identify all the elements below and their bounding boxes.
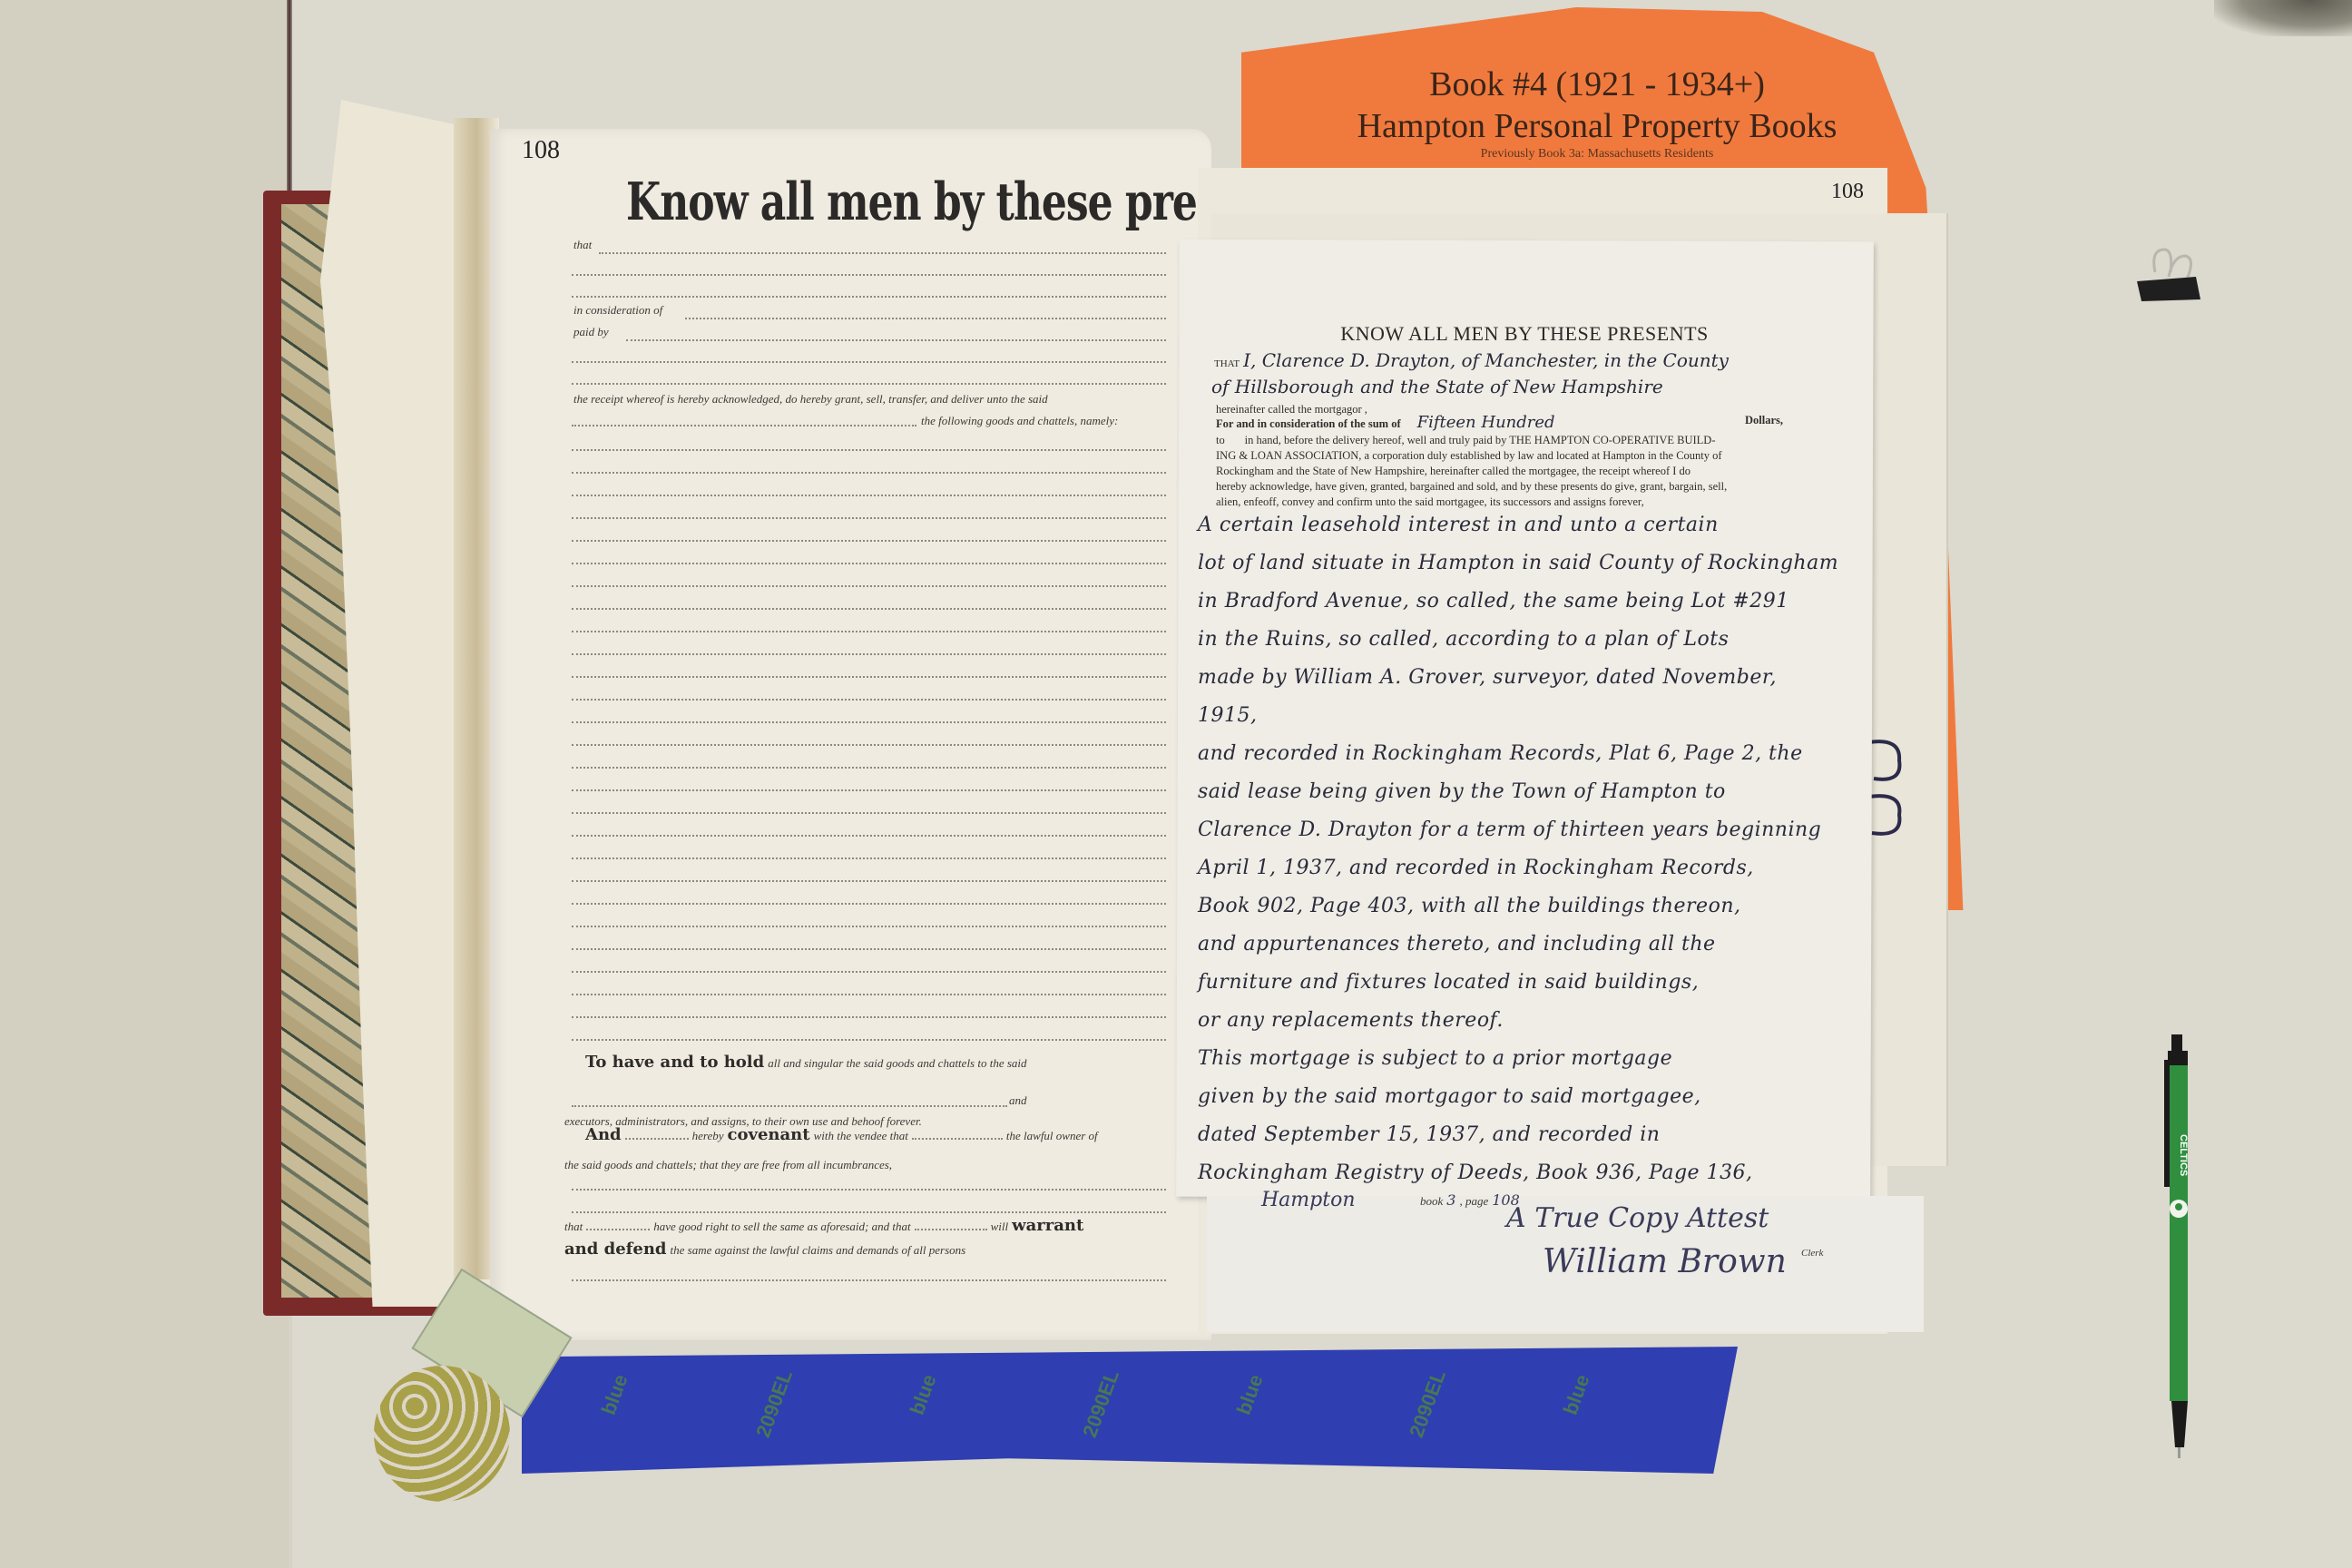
habendum-lead: To have and to hold	[585, 1053, 764, 1072]
form-line	[572, 425, 916, 426]
deed-print-line: to in hand, before the delivery hereof, …	[1216, 433, 1783, 448]
warranty-that: that	[564, 1220, 583, 1233]
hand-line: in the Ruins, so called, according to a …	[1198, 621, 1842, 659]
covenant-clause: And hereby covenant with the vendee that…	[585, 1125, 1184, 1144]
sum-prefix: For and in consideration of the sum of	[1216, 417, 1401, 430]
hand-line: made by William A. Grover, surveyor, dat…	[1198, 659, 1842, 735]
hand-line: and recorded in Rockingham Records, Plat…	[1198, 735, 1842, 773]
habendum-clause: To have and to hold all and singular the…	[585, 1053, 1175, 1072]
hand-line: April 1, 1937, and recorded in Rockingha…	[1198, 849, 1842, 887]
goods-clause: the following goods and chattels, namely…	[921, 414, 1118, 428]
hand-line: dated September 15, 1937, and recorded i…	[1198, 1116, 1842, 1154]
ruled-line	[572, 721, 1166, 723]
page-number-right: 108	[1831, 180, 1864, 204]
town-signature: Hampton	[1261, 1189, 1356, 1211]
pen-brand-text: CELTICS	[2178, 1134, 2189, 1176]
ruled-line	[572, 880, 1166, 882]
warranty-will: will	[991, 1220, 1009, 1233]
ruled-line	[572, 994, 1166, 995]
form-line	[572, 274, 1166, 276]
ruled-line	[572, 472, 1166, 474]
deed-print-line: hereby acknowledge, have given, granted,…	[1216, 479, 1783, 495]
hand-line: Rockingham Registry of Deeds, Book 936, …	[1198, 1154, 1842, 1192]
form-line	[572, 1211, 1166, 1213]
ruled-line	[572, 767, 1166, 769]
collection-title: Hampton Personal Property Books	[1252, 105, 1942, 147]
ruled-line	[572, 631, 1166, 632]
deed-print-line: Rockingham and the State of New Hampshir…	[1216, 464, 1783, 479]
hand-line: given by the said mortgagor to said mort…	[1198, 1078, 1842, 1116]
ruled-line	[572, 857, 1166, 859]
ruled-line	[572, 495, 1166, 496]
ruled-line	[572, 585, 1166, 587]
ruled-line	[572, 517, 1166, 519]
sum-line: For and in consideration of the sum of F…	[1216, 413, 1783, 432]
form-line	[599, 252, 1166, 254]
clerk-label: Clerk	[1801, 1248, 1823, 1259]
form-line	[572, 361, 1166, 363]
patterned-round-tag	[374, 1366, 510, 1502]
page-number-left: 108	[522, 136, 560, 165]
habendum-text: all and singular the said goods and chat…	[768, 1056, 1026, 1070]
defend-clause: and defend the same against the lawful c…	[564, 1240, 1181, 1259]
ruled-line	[572, 948, 1166, 950]
defend-lead: and defend	[564, 1240, 667, 1259]
hand-line: furniture and fixtures located in said b…	[1198, 964, 1842, 1002]
warranty-warrant: warrant	[1012, 1216, 1083, 1235]
field-label-consideration: in consideration of	[573, 303, 662, 318]
hand-line: Book 902, Page 403, with all the buildin…	[1198, 887, 1842, 926]
hand-line: Clarence D. Drayton for a term of thirte…	[1198, 811, 1842, 849]
ruled-line	[572, 1016, 1166, 1018]
corner-shadow	[2214, 0, 2352, 36]
ruled-line	[572, 971, 1166, 973]
warranty-clause: that have good right to sell the same as…	[564, 1216, 1181, 1235]
ruled-line	[572, 903, 1166, 905]
covenant-lead: And	[585, 1125, 622, 1144]
form-line	[685, 318, 1166, 319]
form-line	[572, 1279, 1166, 1281]
sum-amount: Fifteen Hundred	[1417, 413, 1555, 432]
handwritten-property-description: A certain leasehold interest in and unto…	[1198, 506, 1842, 1192]
defend-text: the same against the lawful claims and d…	[671, 1243, 966, 1257]
orange-label-text: Book #4 (1921 - 1934+) Hampton Personal …	[1252, 64, 1942, 162]
ruled-line	[572, 835, 1166, 837]
book-volume-title: Book #4 (1921 - 1934+)	[1252, 64, 1942, 105]
covenant-goods: the said goods and chattels; that they a…	[564, 1158, 892, 1172]
that-label: THAT	[1214, 358, 1240, 369]
black-binder-clip-icon	[2132, 245, 2205, 304]
ruled-line	[572, 653, 1166, 655]
ruled-line	[572, 789, 1166, 791]
covenant-word: covenant	[728, 1125, 810, 1144]
ruled-line	[572, 540, 1166, 542]
ruled-line	[572, 1039, 1166, 1041]
deed-heading: KNOW ALL MEN BY THESE PRESENTS	[1289, 322, 1760, 346]
ruled-line	[572, 699, 1166, 701]
form-line	[572, 1105, 1007, 1107]
hand-line: or any replacements thereof.	[1198, 1002, 1842, 1040]
clerk-signature: William Brown	[1543, 1243, 1787, 1280]
ruled-line	[572, 744, 1166, 746]
form-line	[572, 296, 1166, 298]
hand-line: This mortgage is subject to a prior mort…	[1198, 1040, 1842, 1078]
grantor-hand-2: of Hillsborough and the State of New Ham…	[1211, 376, 1847, 397]
covenant-with: with the vendee that	[814, 1129, 908, 1142]
hand-line: lot of land situate in Hampton in said C…	[1198, 544, 1842, 583]
ruled-line	[572, 926, 1166, 927]
form-line	[572, 1189, 1166, 1191]
celtics-pen-icon: CELTICS	[2164, 1034, 2191, 1461]
ruled-line	[572, 563, 1166, 564]
table-surface-left	[0, 0, 289, 1568]
collection-subtitle: Previously Book 3a: Massachusetts Reside…	[1252, 147, 1942, 162]
hand-line: and appurtenances thereto, and including…	[1198, 926, 1842, 964]
hand-line: A certain leasehold interest in and unto…	[1198, 506, 1842, 544]
field-label-paid-by: paid by	[573, 325, 609, 339]
ruled-line	[572, 676, 1166, 678]
hand-line: said lease being given by the Town of Ha…	[1198, 773, 1842, 811]
form-line	[572, 383, 1166, 385]
sum-suffix: Dollars,	[1745, 413, 1783, 428]
ruled-line	[572, 449, 1166, 451]
warranty-right: have good right to sell the same as afor…	[653, 1220, 910, 1233]
ruled-line	[572, 608, 1166, 610]
grantor-hand-1: I, Clarence D. Drayton, of Manchester, i…	[1243, 349, 1729, 371]
receipt-clause: the receipt whereof is hereby acknowledg…	[573, 392, 1172, 407]
hand-line: in Bradford Avenue, so called, the same …	[1198, 583, 1842, 621]
covenant-owner: the lawful owner of	[1006, 1129, 1098, 1142]
blue-painters-tape: blue 2090EL blue 2090EL blue 2090EL blue	[522, 1347, 1738, 1474]
deed-print-body: to in hand, before the delivery hereof, …	[1216, 433, 1783, 510]
ruled-line	[572, 812, 1166, 814]
form-line	[626, 339, 1166, 341]
grantor-line: THAT I, Clarence D. Drayton, of Manchest…	[1214, 349, 1849, 372]
field-label-that: that	[573, 238, 592, 252]
habendum-and: and	[1009, 1093, 1027, 1108]
covenant-hereby: hereby	[692, 1129, 724, 1142]
book-page-reference: book 3 , page 108	[1420, 1191, 1520, 1210]
deed-print-line: ING & LOAN ASSOCIATION, a corporation du…	[1216, 448, 1783, 464]
true-copy-attest: A True Copy Attest	[1506, 1202, 1769, 1234]
